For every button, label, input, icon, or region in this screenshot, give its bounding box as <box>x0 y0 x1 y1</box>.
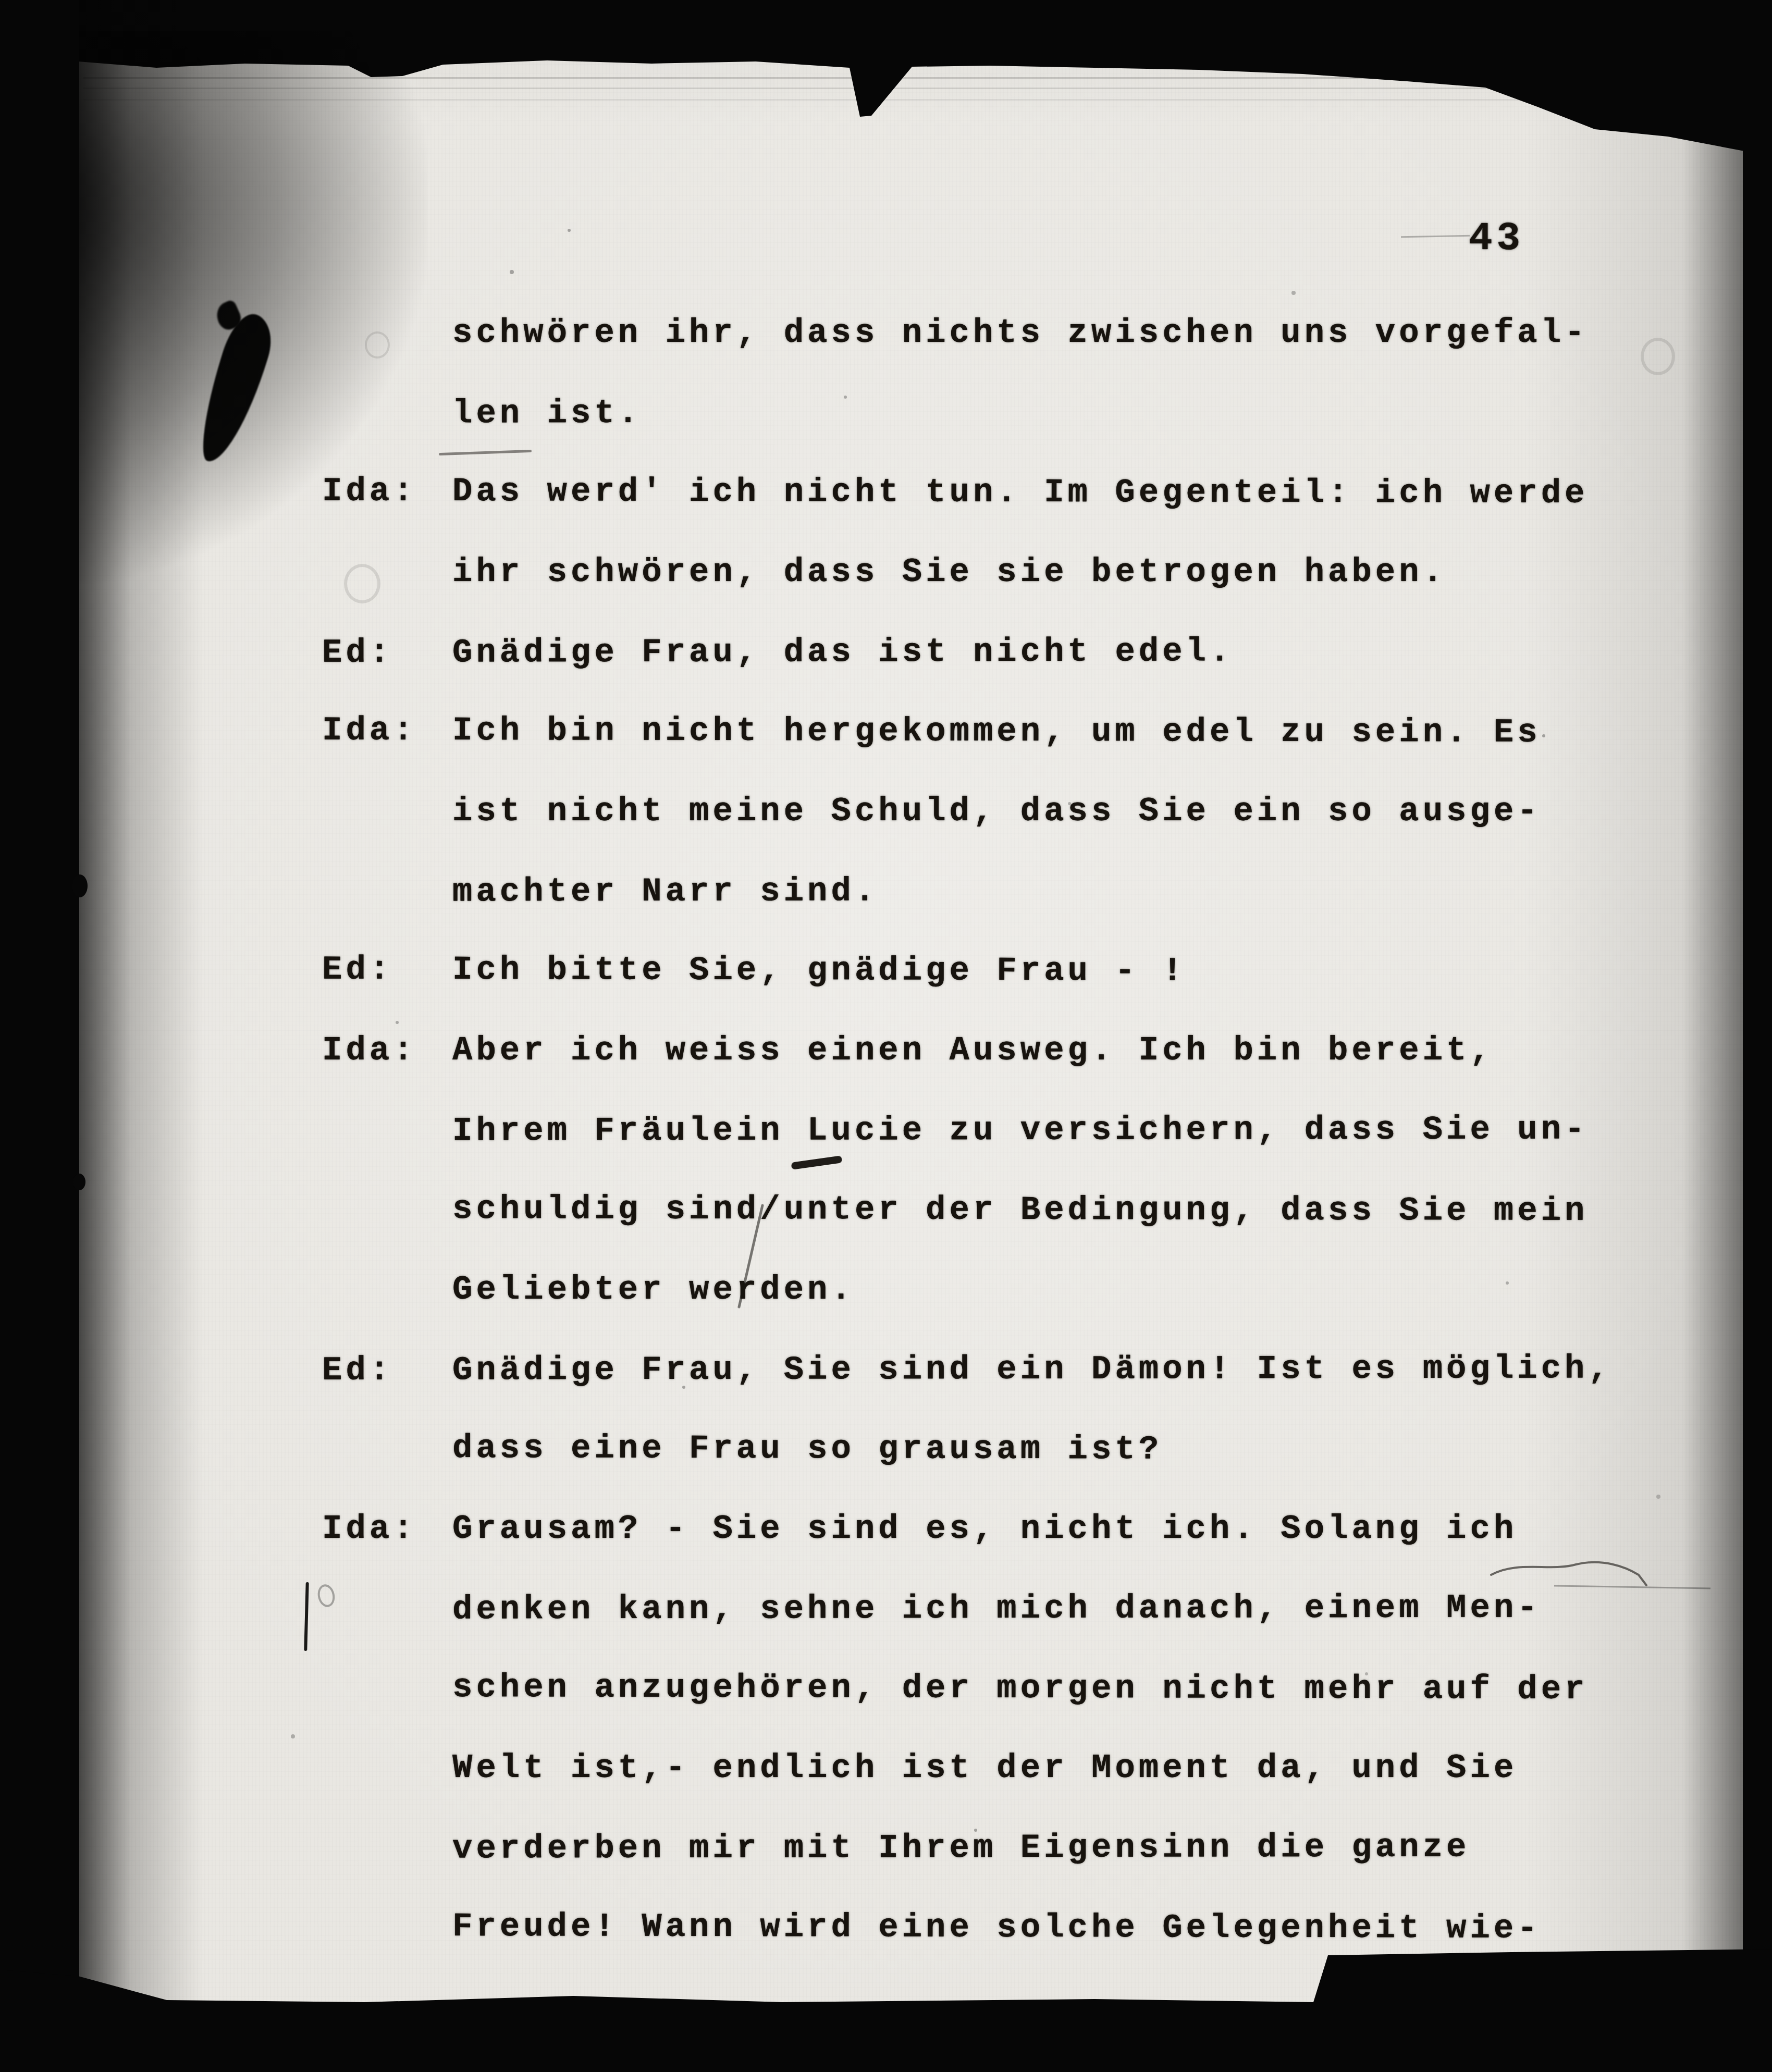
left-edge-shadow <box>78 0 203 2072</box>
line-text: machter Narr sind. <box>452 873 878 910</box>
line-text: Geliebter werden. <box>452 1272 855 1309</box>
speaker-label: Ida: <box>322 713 417 749</box>
script-line: schuldig sind/unter der Bedingung, dass … <box>322 1191 1719 1235</box>
line-text: verderben mir mit Ihrem Eigensinn die ga… <box>452 1830 1470 1868</box>
script-line: Freude! Wann wird eine solche Gelegenhei… <box>322 1909 1719 1952</box>
line-text: Aber ich weiss einen Ausweg. Ich bin ber… <box>452 1033 1494 1069</box>
line-text: Das werd' ich nicht tun. Im Gegenteil: i… <box>452 474 1589 512</box>
line-text: ist nicht meine Schuld, dass Sie ein so … <box>452 794 1541 830</box>
line-text: Grausam? - Sie sind es, nicht ich. Solan… <box>452 1511 1517 1548</box>
script-line: denken kann, sehne ich mich danach, eine… <box>322 1590 1719 1633</box>
speaker-label: Ida: <box>322 1033 417 1069</box>
line-text: len ist. <box>452 396 642 433</box>
film-edge-mark <box>73 1174 85 1190</box>
script-line: Ihrem Fräulein Lucie zu versichern, dass… <box>322 1112 1719 1154</box>
right-film-border <box>1743 0 1772 2072</box>
script-line: Ed:Ich bitte Sie, gnädige Frau - ! <box>322 952 1719 995</box>
left-film-border <box>0 0 79 2072</box>
script-line: Welt ist,- endlich ist der Moment da, un… <box>322 1750 1719 1791</box>
line-text: denken kann, sehne ich mich danach, eine… <box>452 1590 1541 1629</box>
line-text: Gnädige Frau, das ist nicht edel. <box>452 634 1234 671</box>
script-line: schen anzugehören, der morgen nicht mehr… <box>322 1670 1719 1713</box>
script-line: Ida:Das werd' ich nicht tun. Im Gegentei… <box>322 474 1719 517</box>
line-text: dass eine Frau so grausam ist? <box>452 1430 1162 1468</box>
speaker-label: Ed: <box>322 952 393 989</box>
script-line: Ida:Grausam? - Sie sind es, nicht ich. S… <box>322 1511 1719 1552</box>
script-line: Geliebter werden. <box>322 1272 1719 1313</box>
line-text: schwören ihr, dass nichts zwischen uns v… <box>452 315 1589 352</box>
speaker-label: Ida: <box>322 1511 417 1548</box>
speaker-label: Ed: <box>322 1353 393 1389</box>
film-scan-frame: 43 schwören ihr, dass nichts zwischen un… <box>0 0 1772 2072</box>
line-text: Freude! Wann wird eine solche Gelegenhei… <box>452 1909 1541 1947</box>
script-line: schwören ihr, dass nichts zwischen uns v… <box>322 315 1719 356</box>
script-line: verderben mir mit Ihrem Eigensinn die ga… <box>322 1829 1719 1872</box>
script-line: machter Narr sind. <box>322 872 1719 915</box>
line-text: Ich bitte Sie, gnädige Frau - ! <box>452 952 1186 990</box>
line-text: ihr schwören, dass Sie sie betrogen habe… <box>452 554 1446 591</box>
script-line: Ida:Aber ich weiss einen Ausweg. Ich bin… <box>322 1033 1719 1074</box>
line-text: schen anzugehören, der morgen nicht mehr… <box>452 1670 1589 1708</box>
smudge-mark <box>1641 338 1675 375</box>
film-edge-mark <box>72 874 88 897</box>
speaker-label: Ed: <box>322 635 393 672</box>
script-line: len ist. <box>322 394 1719 437</box>
script-line: ist nicht meine Schuld, dass Sie ein so … <box>322 794 1719 834</box>
line-text: Gnädige Frau, Sie sind ein Dämon! Ist es… <box>452 1351 1612 1389</box>
script-line: Ed:Gnädige Frau, das ist nicht edel. <box>322 633 1719 676</box>
script-line: Ed:Gnädige Frau, Sie sind ein Dämon! Ist… <box>322 1351 1719 1393</box>
script-line: Ida:Ich bin nicht hergekommen, um edel z… <box>322 713 1719 756</box>
line-text: Ich bin nicht hergekommen, um edel zu se… <box>452 713 1541 751</box>
line-text: schuldig sind/unter der Bedingung, dass … <box>452 1191 1589 1230</box>
script-line: ihr schwören, dass Sie sie betrogen habe… <box>322 554 1719 595</box>
line-text: Ihrem Fräulein Lucie zu versichern, dass… <box>452 1112 1589 1150</box>
script-line: dass eine Frau so grausam ist? <box>322 1430 1719 1474</box>
line-text: Welt ist,- endlich ist der Moment da, un… <box>452 1750 1517 1787</box>
